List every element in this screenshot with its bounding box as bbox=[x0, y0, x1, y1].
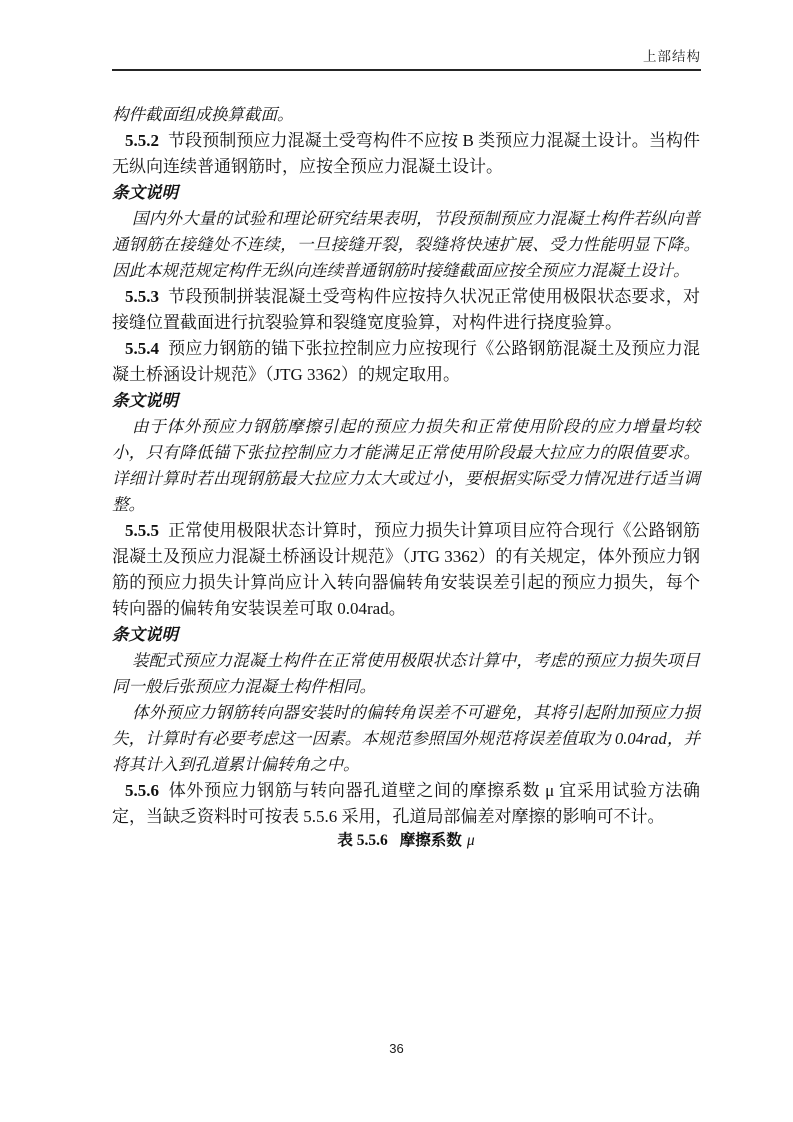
running-head: 上部结构 bbox=[112, 48, 701, 66]
commentary-paragraph: 国内外大量的试验和理论研究结果表明，节段预制预应力混凝土构件若纵向普通钢筋在接缝… bbox=[112, 206, 700, 284]
clause-text: 节段预制拼装混凝土受弯构件应按持久状况正常使用极限状态要求，对接缝位置截面进行抗… bbox=[112, 287, 700, 332]
document-page: 上部结构 构件截面组成换算截面。 5.5.2节段预制预应力混凝土受弯构件不应按 … bbox=[0, 0, 793, 1122]
page-number: 36 bbox=[0, 1041, 793, 1056]
clause-number: 5.5.3 bbox=[125, 287, 159, 306]
clause-text: 节段预制预应力混凝土受弯构件不应按 B 类预应力混凝土设计。当构件无纵向连续普通… bbox=[112, 131, 700, 176]
paragraph-continuation: 构件截面组成换算截面。 bbox=[112, 102, 700, 128]
clause-text: 正常使用极限状态计算时，预应力损失计算项目应符合现行《公路钢筋混凝土及预应力混凝… bbox=[112, 521, 700, 618]
clause-text: 预应力钢筋的锚下张拉控制应力应按现行《公路钢筋混凝土及预应力混凝土桥涵设计规范》… bbox=[112, 339, 700, 384]
commentary-paragraph: 由于体外预应力钢筋摩擦引起的预应力损失和正常使用阶段的应力增量均较小，只有降低锚… bbox=[112, 414, 700, 518]
clause-number: 5.5.5 bbox=[125, 521, 159, 540]
document-body: 构件截面组成换算截面。 5.5.2节段预制预应力混凝土受弯构件不应按 B 类预应… bbox=[112, 102, 700, 852]
commentary-paragraph: 装配式预应力混凝土构件在正常使用极限状态计算中，考虑的预应力损失项目同一般后张预… bbox=[112, 648, 700, 700]
clause-number: 5.5.4 bbox=[125, 339, 159, 358]
table-caption-title: 摩擦系数 bbox=[400, 832, 462, 849]
clause-5-5-6: 5.5.6体外预应力钢筋与转向器孔道壁之间的摩擦系数 μ 宜采用试验方法确定，当… bbox=[112, 778, 700, 830]
commentary-heading: 条文说明 bbox=[112, 622, 700, 648]
commentary-paragraph: 体外预应力钢筋转向器安装时的偏转角误差不可避免，其将引起附加预应力损失，计算时有… bbox=[112, 700, 700, 778]
commentary-heading: 条文说明 bbox=[112, 180, 700, 206]
clause-number: 5.5.6 bbox=[125, 781, 159, 800]
clause-5-5-2: 5.5.2节段预制预应力混凝土受弯构件不应按 B 类预应力混凝土设计。当构件无纵… bbox=[112, 128, 700, 180]
clause-text: 体外预应力钢筋与转向器孔道壁之间的摩擦系数 μ 宜采用试验方法确定，当缺乏资料时… bbox=[112, 781, 700, 826]
table-caption-number: 表 5.5.6 bbox=[337, 832, 387, 849]
page-header: 上部结构 bbox=[112, 48, 701, 71]
clause-5-5-5: 5.5.5正常使用极限状态计算时，预应力损失计算项目应符合现行《公路钢筋混凝土及… bbox=[112, 518, 700, 622]
clause-5-5-3: 5.5.3节段预制拼装混凝土受弯构件应按持久状况正常使用极限状态要求，对接缝位置… bbox=[112, 284, 700, 336]
commentary-heading: 条文说明 bbox=[112, 388, 700, 414]
clause-number: 5.5.2 bbox=[125, 131, 159, 150]
clause-5-5-4: 5.5.4预应力钢筋的锚下张拉控制应力应按现行《公路钢筋混凝土及预应力混凝土桥涵… bbox=[112, 336, 700, 388]
table-caption: 表 5.5.6摩擦系数μ bbox=[112, 830, 700, 852]
mu-symbol: μ bbox=[467, 832, 475, 849]
